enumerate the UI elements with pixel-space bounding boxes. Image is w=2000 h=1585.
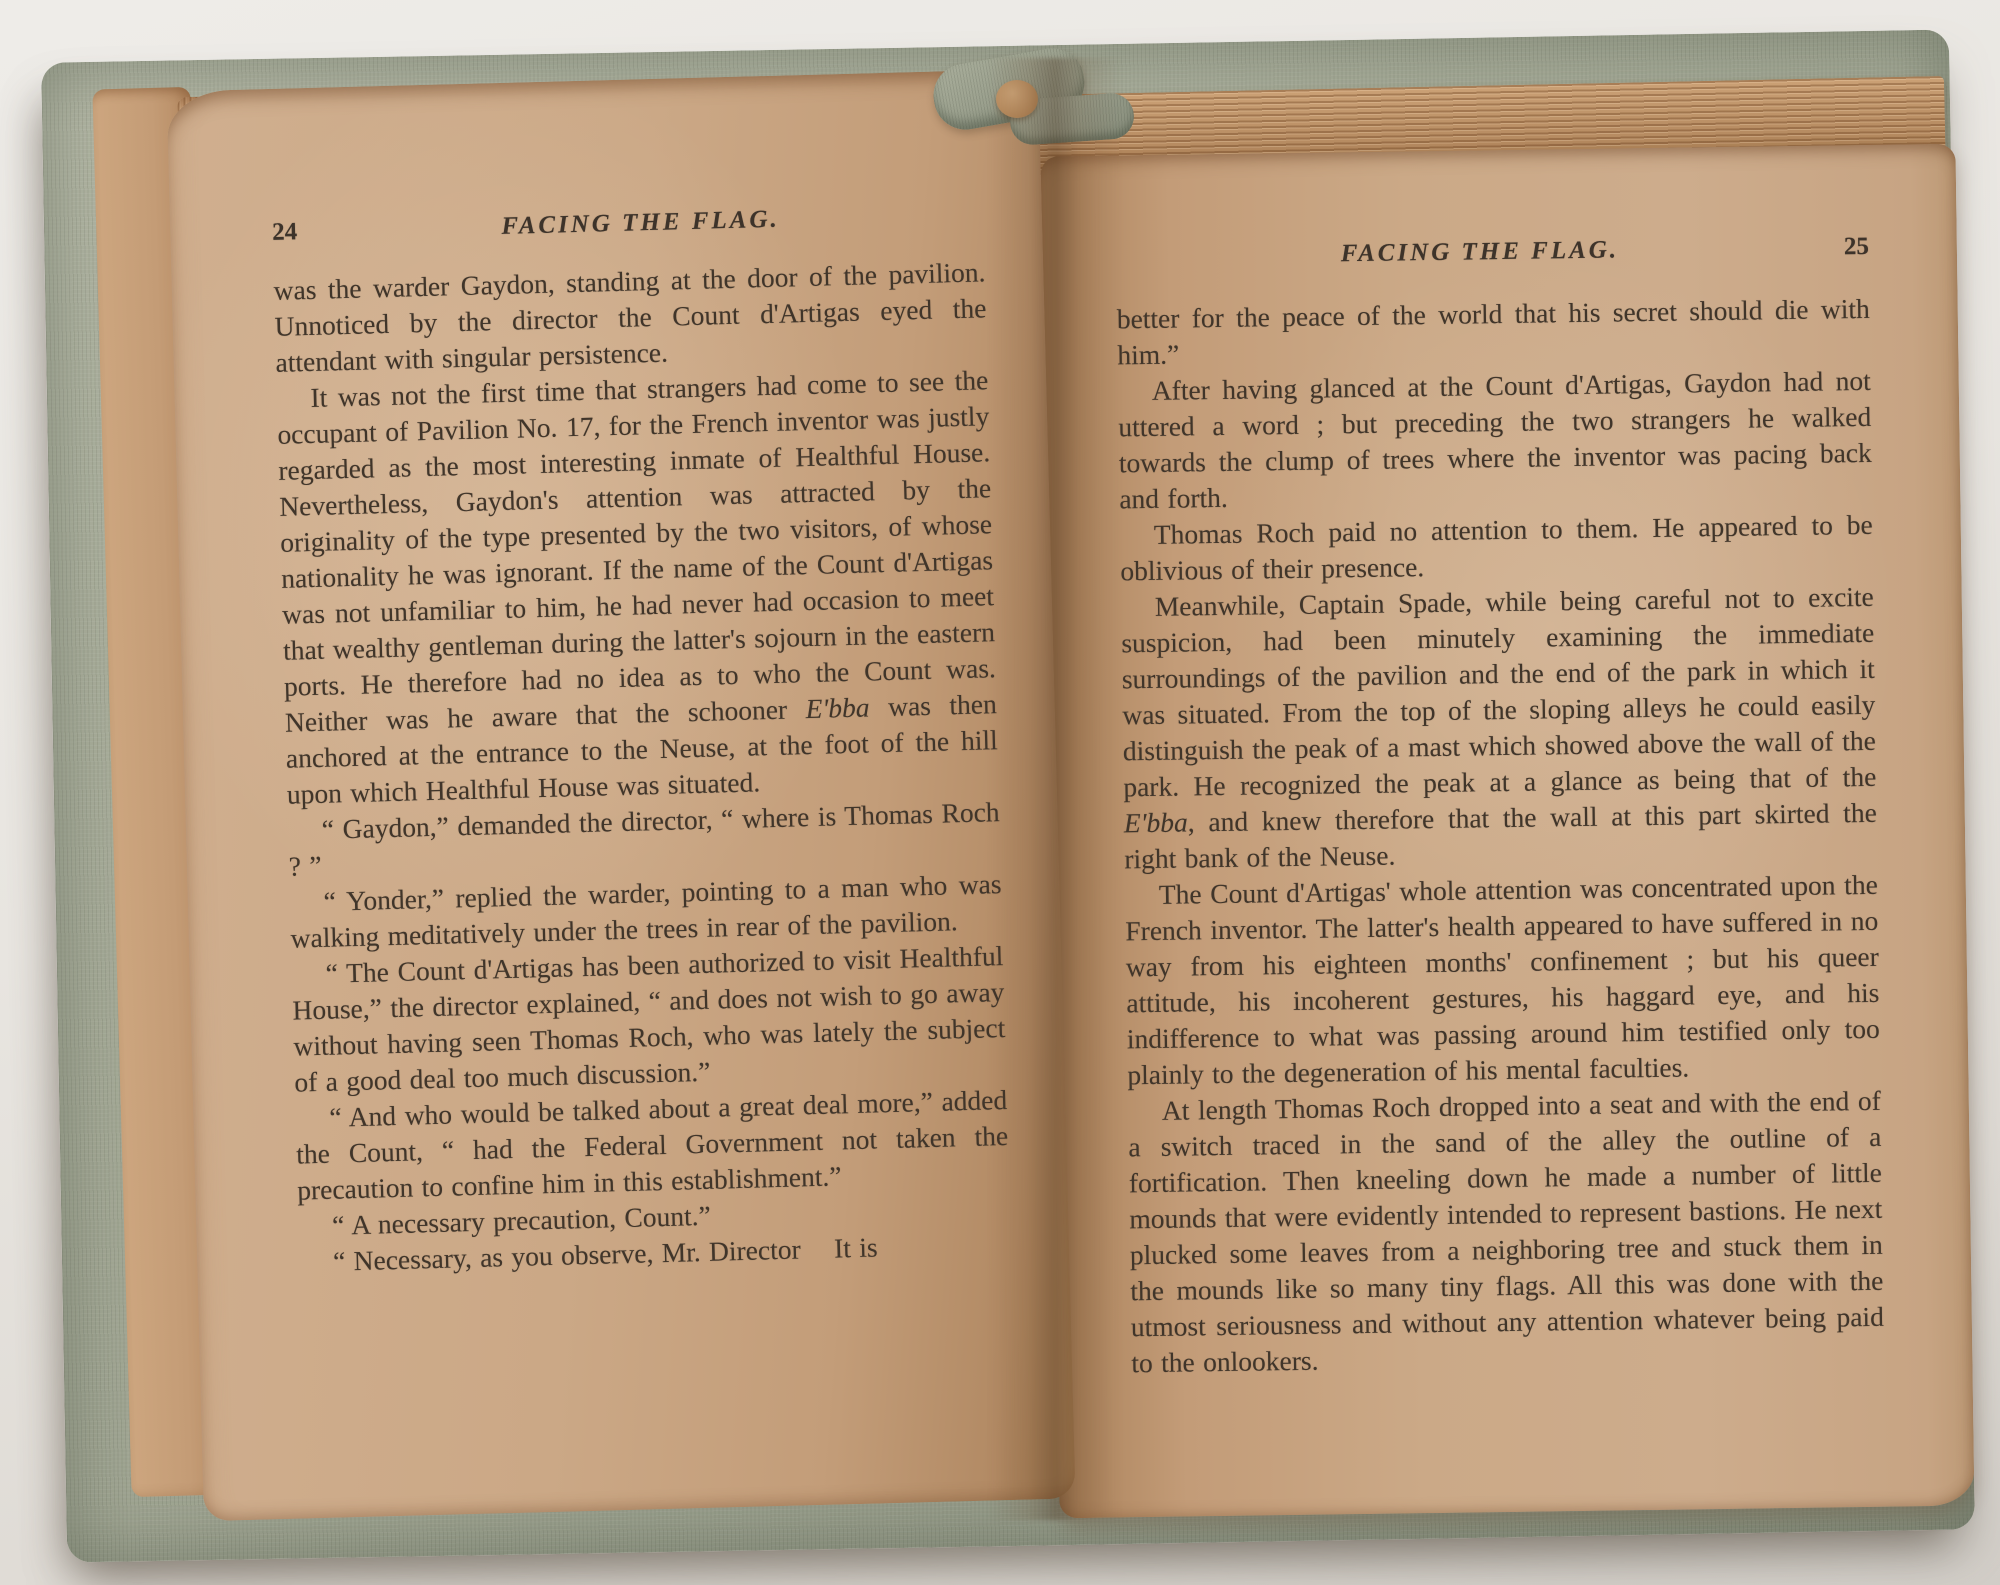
running-head-left: 24 FACING THE FLAG.	[272, 200, 984, 247]
frayed-spine-paper	[996, 80, 1038, 118]
paragraph: Thomas Roch paid no attention to them. H…	[1120, 507, 1874, 590]
running-head-title: FACING THE FLAG.	[1116, 233, 1844, 271]
paragraph: Meanwhile, Captain Spade, while being ca…	[1121, 579, 1878, 877]
running-head-right: FACING THE FLAG. 25	[1116, 233, 1869, 272]
book-page-left: 24 FACING THE FLAG. was the warder Gaydo…	[166, 69, 1075, 1521]
paragraph: At length Thomas Roch dropped into a sea…	[1128, 1083, 1885, 1381]
paragraph: was the warder Gaydon, standing at the d…	[273, 254, 988, 381]
paragraph: The Count d'Artigas' whole attention was…	[1125, 867, 1881, 1093]
photo-backdrop: FACING THE FLAG. 25 better for the peace…	[0, 0, 2000, 1585]
running-head-title: FACING THE FLAG.	[297, 200, 984, 246]
left-page-text: was the warder Gaydon, standing at the d…	[171, 253, 1069, 1283]
paragraph: “ The Count d'Artigas has been authorize…	[291, 938, 1007, 1101]
right-page-text: better for the peace of the world that h…	[1043, 290, 1973, 1383]
page-number-right: 25	[1844, 233, 1869, 261]
page-number-left: 24	[272, 218, 298, 247]
paragraph: It was not the first time that strangers…	[276, 362, 999, 812]
book-page-right: FACING THE FLAG. 25 better for the peace…	[1041, 144, 1975, 1519]
paragraph: “ And who would be talked about a great …	[295, 1082, 1010, 1209]
paragraph: better for the peace of the world that h…	[1117, 291, 1871, 374]
paragraph: After having glanced at the Count d'Arti…	[1118, 363, 1873, 517]
